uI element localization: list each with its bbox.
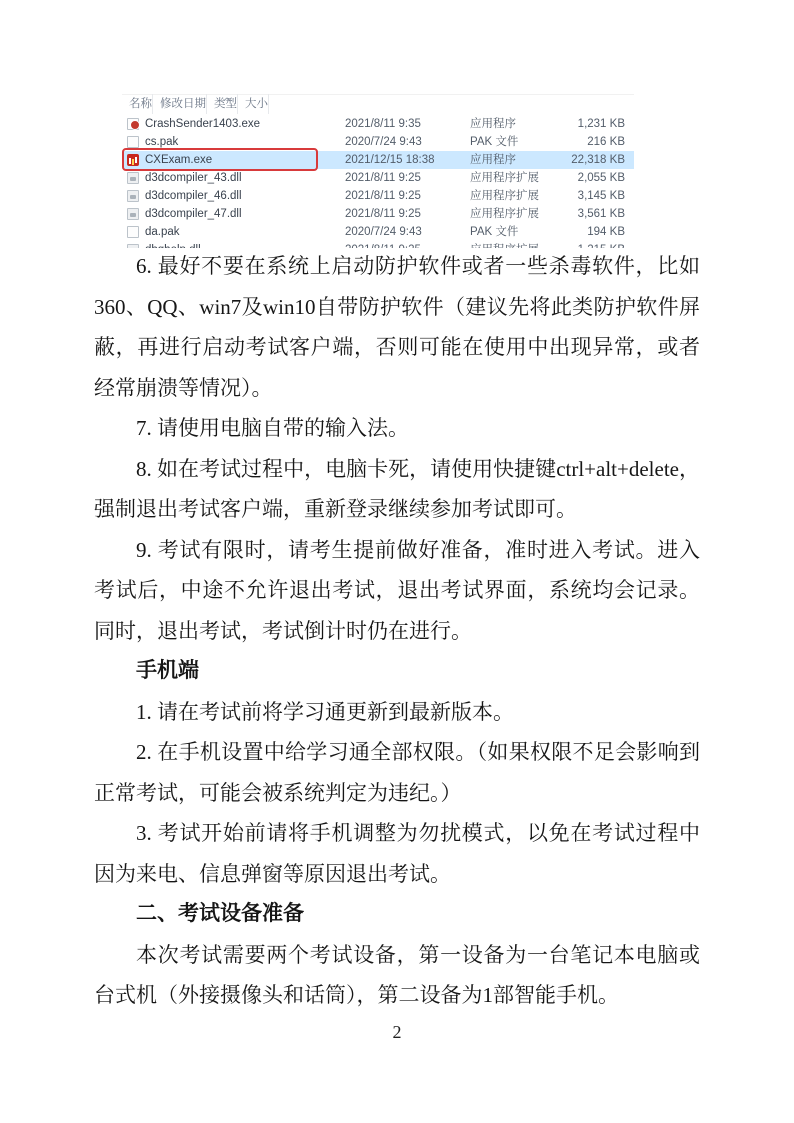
column-header-date[interactable]: 修改日期 bbox=[153, 94, 207, 114]
list-item-8: 8. 如在考试过程中，电脑卡死，请使用快捷键ctrl+alt+delete，强制… bbox=[94, 449, 700, 530]
file-row[interactable]: d3dcompiler_46.dll 2021/8/11 9:25 应用程序扩展… bbox=[122, 187, 634, 205]
file-date-modified: 2021/8/11 9:25 bbox=[338, 187, 463, 205]
file-name: da.pak bbox=[145, 223, 180, 241]
file-date-modified: 2021/8/11 9:25 bbox=[338, 169, 463, 187]
file-row[interactable]: d3dcompiler_43.dll 2021/8/11 9:25 应用程序扩展… bbox=[122, 169, 634, 187]
file-name-cell: CrashSender1403.exe bbox=[122, 115, 338, 133]
list-item-7: 7. 请使用电脑自带的输入法。 bbox=[94, 408, 700, 449]
file-row[interactable]: d3dcompiler_47.dll 2021/8/11 9:25 应用程序扩展… bbox=[122, 205, 634, 223]
list-item-2: 2. 在手机设置中给学习通全部权限。（如果权限不足会影响到正常考试，可能会被系统… bbox=[94, 732, 700, 813]
pak-file-icon bbox=[127, 136, 139, 148]
file-name-cell: d3dcompiler_46.dll bbox=[122, 187, 338, 205]
file-size: 216 KB bbox=[563, 133, 632, 151]
list-item-1: 1. 请在考试前将学习通更新到最新版本。 bbox=[94, 692, 700, 733]
dll-file-icon bbox=[127, 208, 139, 220]
explorer-header-row: 名称 修改日期 类型 大小 bbox=[122, 94, 634, 114]
heading-section-2: 二、考试设备准备 bbox=[94, 894, 700, 935]
file-name: d3dcompiler_46.dll bbox=[145, 187, 242, 205]
crash-sender-icon bbox=[127, 118, 139, 130]
file-type: 应用程序 bbox=[463, 115, 563, 133]
file-type: 应用程序扩展 bbox=[463, 169, 563, 187]
paragraph-devices: 本次考试需要两个考试设备，第一设备为一台笔记本电脑或台式机（外接摄像头和话筒），… bbox=[94, 935, 700, 1016]
file-size: 1,231 KB bbox=[563, 115, 632, 133]
file-name-cell: da.pak bbox=[122, 223, 338, 241]
file-date-modified: 2021/8/11 9:25 bbox=[338, 205, 463, 223]
file-explorer-screenshot: ^ 名称 修改日期 类型 大小 bbox=[122, 94, 634, 248]
file-name-cell: d3dcompiler_47.dll bbox=[122, 205, 338, 223]
file-size: 2,055 KB bbox=[563, 169, 632, 187]
file-size: 194 KB bbox=[563, 223, 632, 241]
document-page: ^ 名称 修改日期 类型 大小 bbox=[0, 0, 794, 1123]
file-date-modified: 2021/12/15 18:38 bbox=[338, 151, 463, 169]
file-name: d3dcompiler_47.dll bbox=[145, 205, 242, 223]
file-row[interactable]: CXExam.exe 2021/12/15 18:38 应用程序 22,318 … bbox=[122, 151, 634, 169]
column-header-label: 修改日期 bbox=[160, 98, 206, 110]
file-list: CrashSender1403.exe 2021/8/11 9:35 应用程序 … bbox=[122, 115, 634, 248]
column-header-name[interactable]: 名称 bbox=[122, 94, 153, 114]
column-header-size[interactable]: 大小 bbox=[238, 94, 269, 114]
dll-file-icon bbox=[127, 190, 139, 202]
file-type: 应用程序扩展 bbox=[463, 205, 563, 223]
dll-file-icon bbox=[127, 172, 139, 184]
file-date-modified: 2020/7/24 9:43 bbox=[338, 223, 463, 241]
red-annotation-box bbox=[122, 148, 318, 171]
heading-mobile-client: 手机端 bbox=[94, 651, 700, 692]
file-type: PAK 文件 bbox=[463, 133, 563, 151]
list-item-3: 3. 考试开始前请将手机调整为勿扰模式，以免在考试过程中因为来电、信息弹窗等原因… bbox=[94, 813, 700, 894]
file-type: 应用程序扩展 bbox=[463, 187, 563, 205]
file-row[interactable]: CrashSender1403.exe 2021/8/11 9:35 应用程序 … bbox=[122, 115, 634, 133]
file-name: CrashSender1403.exe bbox=[145, 115, 260, 133]
file-type: 应用程序 bbox=[463, 151, 563, 169]
page-number: 2 bbox=[94, 1022, 700, 1043]
file-name-cell: d3dcompiler_43.dll bbox=[122, 169, 338, 187]
file-type: PAK 文件 bbox=[463, 223, 563, 241]
column-header-label: 名称 bbox=[129, 98, 152, 110]
file-size: 22,318 KB bbox=[563, 151, 632, 169]
file-size: 3,145 KB bbox=[563, 187, 632, 205]
column-header-label: 大小 bbox=[245, 98, 268, 110]
pak-file-icon bbox=[127, 226, 139, 238]
file-size: 3,561 KB bbox=[563, 205, 632, 223]
file-date-modified: 2020/7/24 9:43 bbox=[338, 133, 463, 151]
file-row[interactable]: da.pak 2020/7/24 9:43 PAK 文件 194 KB bbox=[122, 223, 634, 241]
list-item-6: 6. 最好不要在系统上启动防护软件或者一些杀毒软件，比如360、QQ、win7及… bbox=[94, 246, 700, 408]
file-name: d3dcompiler_43.dll bbox=[145, 169, 242, 187]
column-header-label: 类型 bbox=[214, 98, 237, 110]
column-header-type[interactable]: 类型 bbox=[207, 94, 238, 114]
document-body: 6. 最好不要在系统上启动防护软件或者一些杀毒软件，比如360、QQ、win7及… bbox=[94, 246, 700, 1016]
file-date-modified: 2021/8/11 9:35 bbox=[338, 115, 463, 133]
list-item-9: 9. 考试有限时，请考生提前做好准备，准时进入考试。进入考试后，中途不允许退出考… bbox=[94, 530, 700, 652]
